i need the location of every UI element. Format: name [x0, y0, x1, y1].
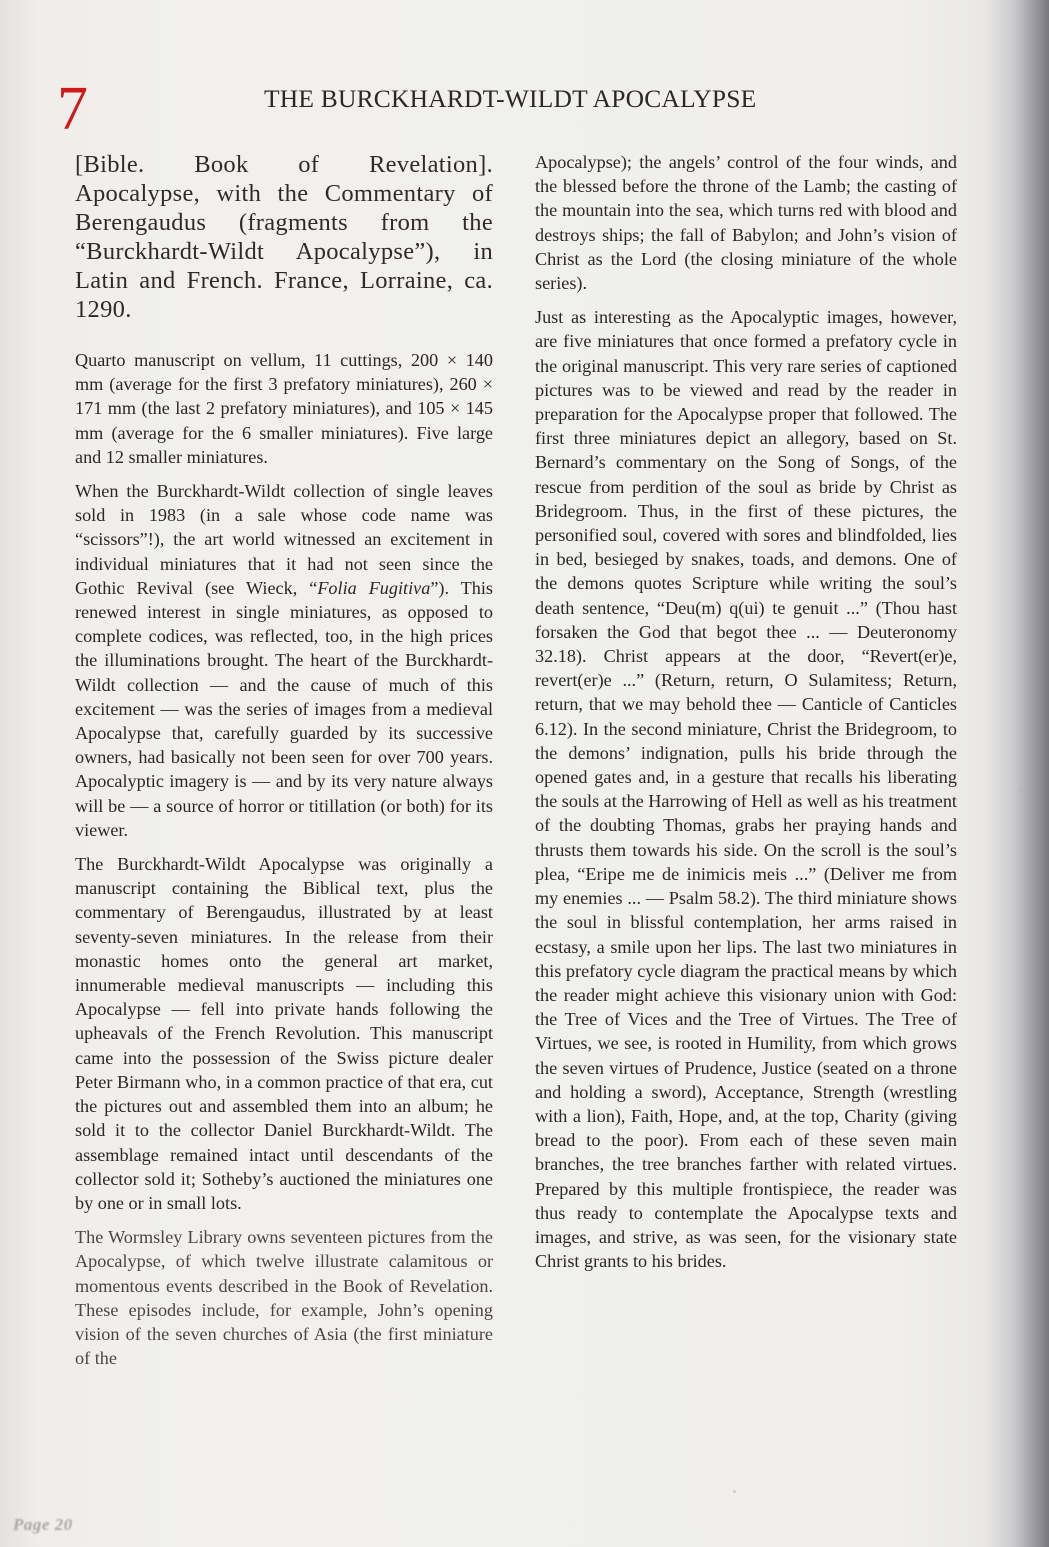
italic-title: Folia Fugitiva [317, 578, 430, 598]
left-column: [Bible. Book of Revelation]. Apocalypse,… [75, 150, 493, 1380]
provenance-paragraph: The Burckhardt-Wildt Apocalypse was orig… [75, 852, 493, 1215]
paper-speck [1018, 790, 1021, 793]
episodes-continuation-paragraph: Apocalypse); the angels’ control of the … [535, 150, 957, 295]
prefatory-cycle-paragraph: Just as interesting as the Apocalyptic i… [535, 305, 957, 1273]
collection-history-paragraph: When the Burckhardt-Wildt collection of … [75, 479, 493, 842]
catalogue-entry-heading: [Bible. Book of Revelation]. Apocalypse,… [75, 150, 493, 324]
paper-speck [456, 160, 459, 163]
wormsley-library-paragraph: The Wormsley Library owns seventeen pict… [75, 1225, 493, 1370]
paper-speck [733, 1490, 736, 1493]
text-span: ”). This renewed interest in sin­gle min… [75, 578, 493, 840]
right-column: Apocalypse); the angels’ control of the … [535, 150, 957, 1283]
running-title: THE BURCKHARDT-WILDT APOCALYPSE [264, 84, 756, 114]
page-folio: Page 20 [13, 1515, 73, 1535]
physical-description-paragraph: Quarto manuscript on vellum, 11 cuttings… [75, 348, 493, 469]
chapter-number: 7 [57, 78, 88, 140]
